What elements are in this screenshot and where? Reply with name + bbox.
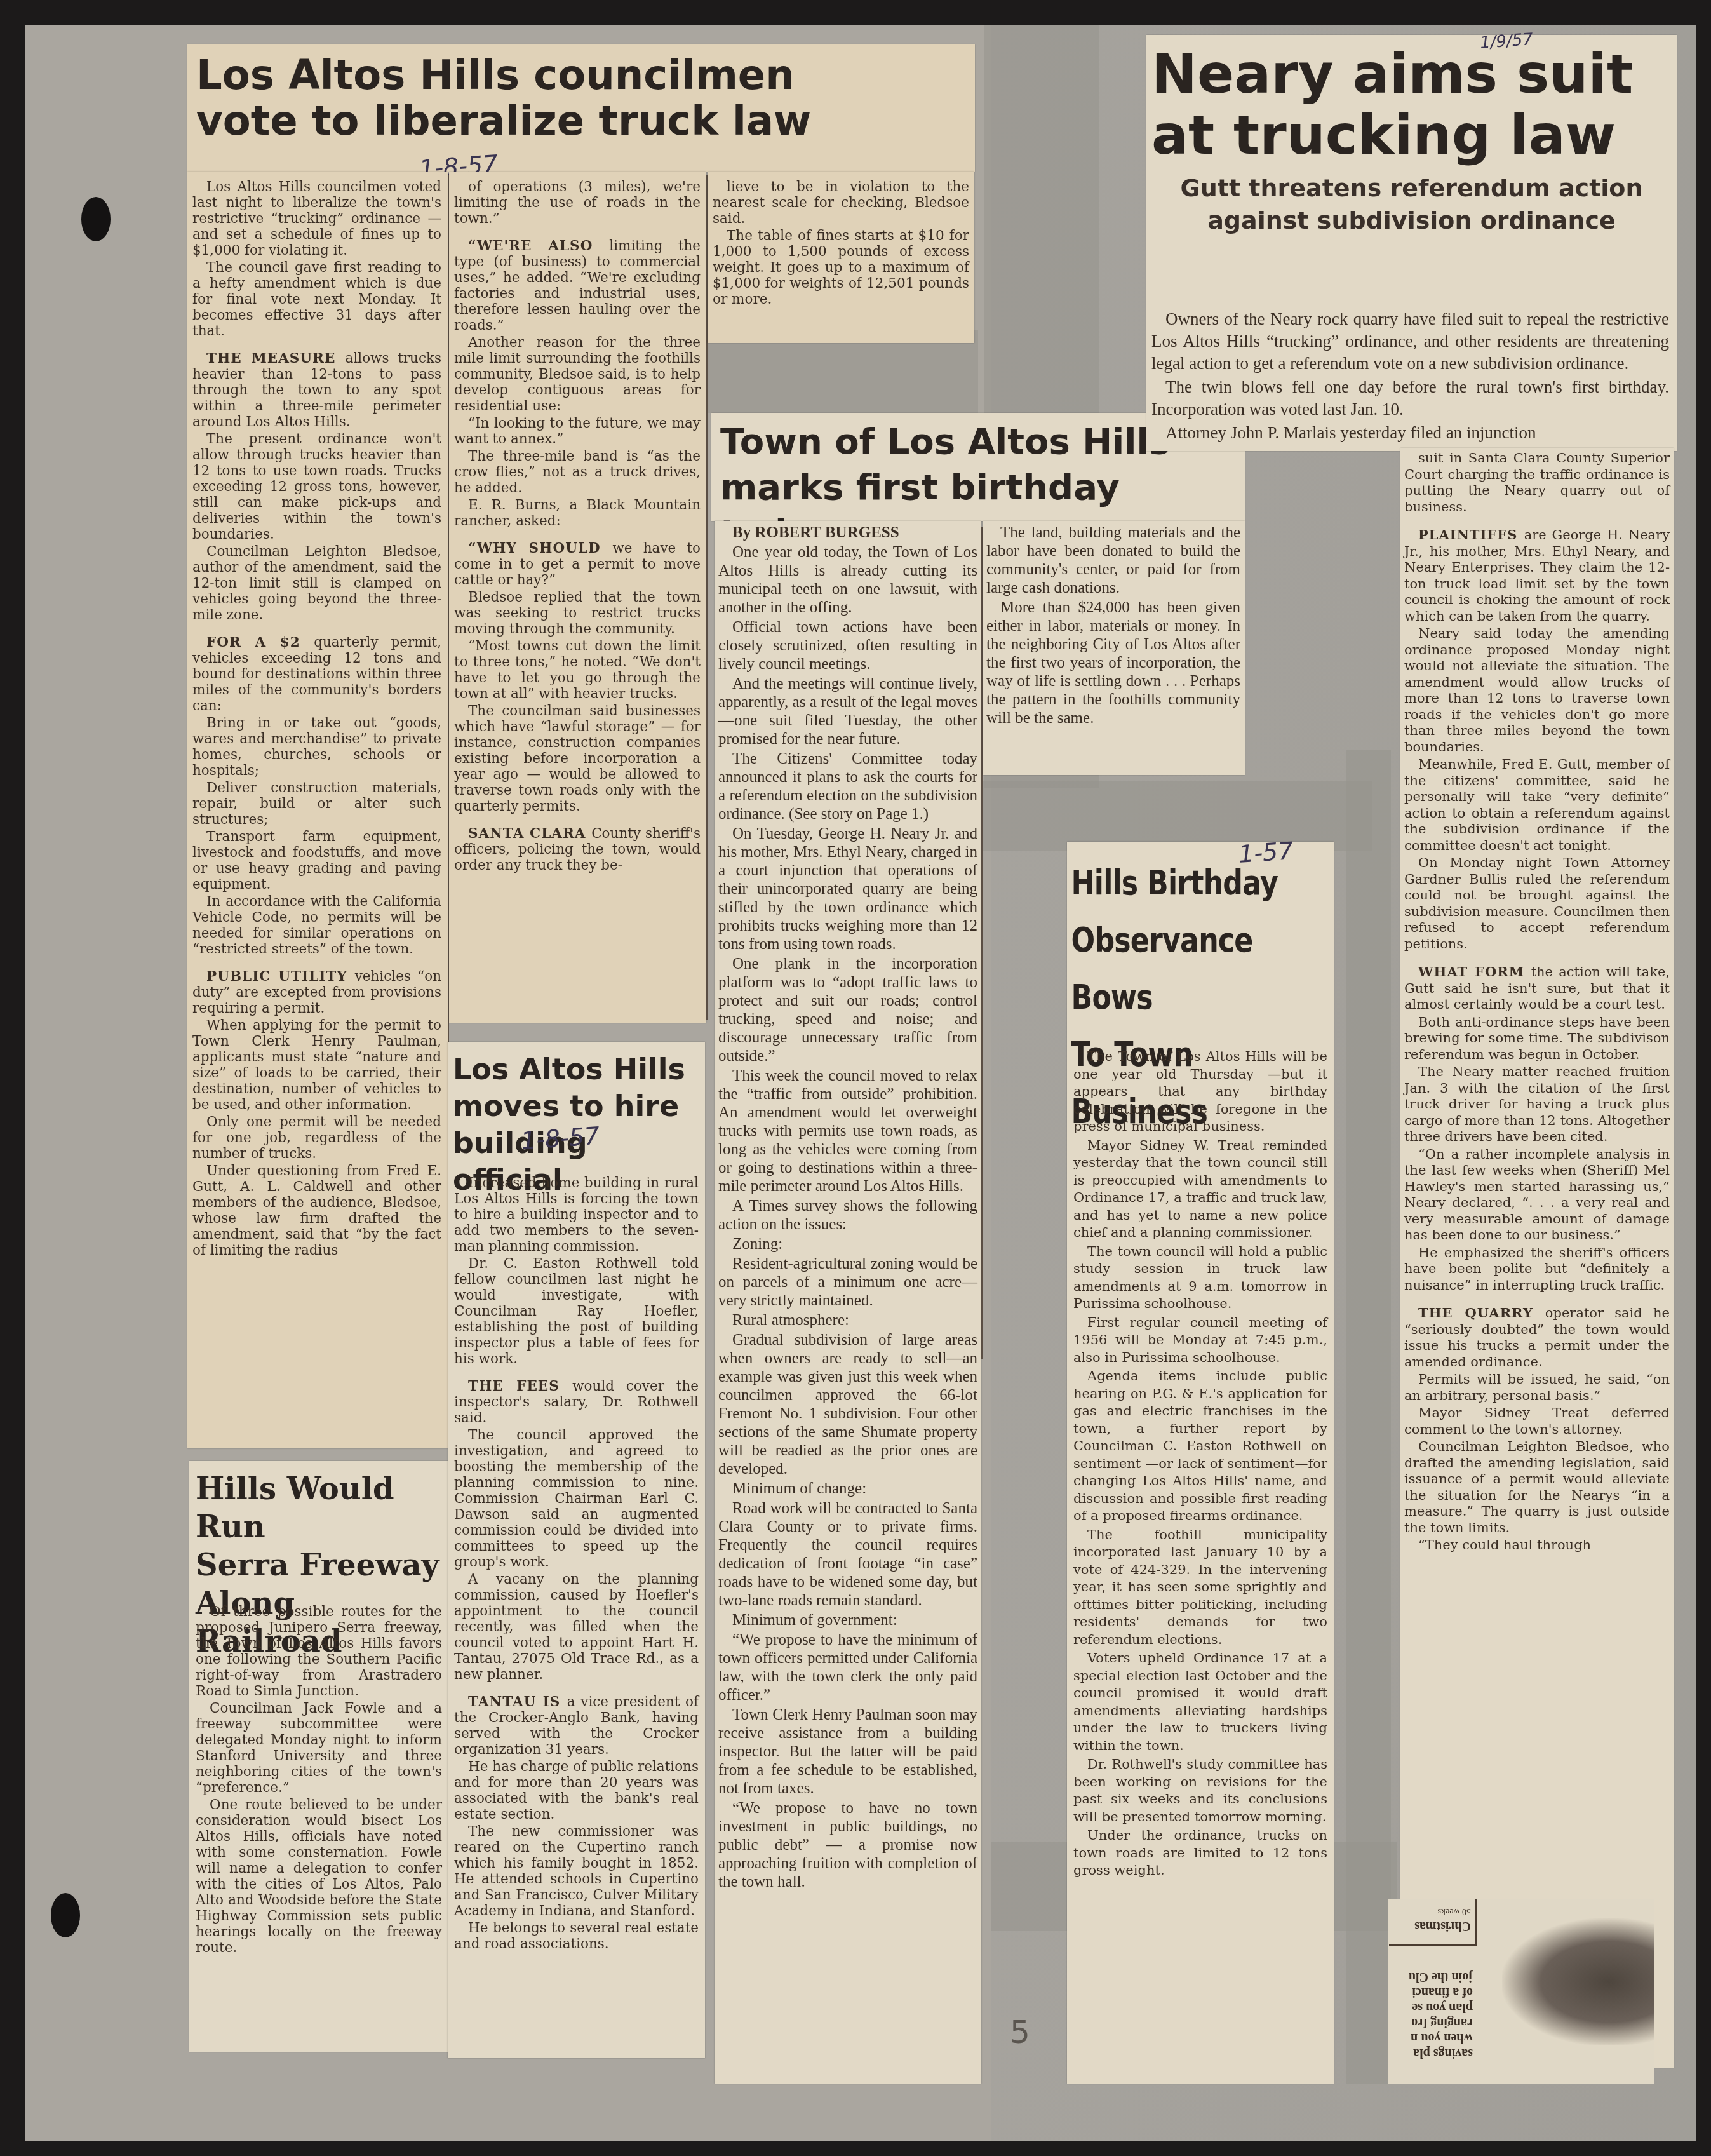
paragraph: Meanwhile, Fred E. Gutt, member of the c… — [1404, 757, 1670, 854]
paragraph: He has charge of public relations and fo… — [454, 1759, 699, 1822]
article-column: By ROBERT BURGESSOne year old today, the… — [718, 523, 977, 1892]
headline: Los Altos Hills councilmen vote to liber… — [187, 44, 975, 144]
article-truck-law-col3: lieve to be in violation to the nearest … — [708, 172, 974, 343]
paragraph: THE QUARRY operator said he “seriously d… — [1404, 1305, 1670, 1370]
paragraph: Bledsoe replied that the town was seekin… — [454, 590, 701, 637]
paragraph: FOR A $2 quarterly permit, vehicles exce… — [192, 635, 441, 714]
paragraph: Transport farm equipment, livestock and … — [192, 829, 441, 893]
article-truck-law-col2: of operations (3 miles), we're limiting … — [449, 172, 706, 1023]
paragraph: “WE'RE ALSO limiting the type (of busine… — [454, 238, 701, 334]
headline-line: at trucking law — [1151, 105, 1668, 166]
paragraph: The council approved the investigation, … — [454, 1427, 699, 1570]
paragraph: Only one permit will be needed for one j… — [192, 1114, 441, 1162]
paragraph-lead: FOR A $2 — [206, 635, 314, 650]
article-building-official: Los Altos Hills moves to hire building o… — [448, 1042, 705, 2058]
paragraph: The land, building materials and the lab… — [986, 523, 1240, 597]
paragraph: The twin blows fell one day before the r… — [1151, 376, 1669, 421]
paragraph: Another reason for the three mile limit … — [454, 335, 701, 414]
article-truck-law-col1: Los Altos Hills councilmen voted last ni… — [187, 172, 448, 1448]
paragraph: Permits will be issued, he said, “on an … — [1404, 1371, 1670, 1404]
headline-line: Serra Freeway — [196, 1546, 442, 1584]
paragraph: Town Clerk Henry Paulman soon may receiv… — [718, 1706, 977, 1798]
article-column: Los Altos Hills councilmen voted last ni… — [192, 179, 441, 1260]
ad-line: join the Clu — [1390, 1969, 1473, 1984]
headline-line: Los Altos Hills — [453, 1051, 700, 1088]
paragraph: Under questioning from Fred E. Gutt, A. … — [192, 1163, 441, 1258]
paragraph: One plank in the incorporation platform … — [718, 955, 977, 1065]
headline-line: Hills Would Run — [196, 1470, 442, 1546]
article-truck-law-header: Los Altos Hills councilmen vote to liber… — [187, 44, 975, 172]
article-column: of operations (3 miles), we're limiting … — [454, 179, 701, 875]
paragraph: The new commissioner was reared on the C… — [454, 1824, 699, 1919]
paragraph-lead: PLAINTIFFS — [1418, 527, 1524, 542]
headline-line: vote to liberalize truck law — [196, 99, 966, 145]
paragraph: “Most towns cut down the limit to three … — [454, 638, 701, 702]
headline-line: Observance Bows — [1071, 912, 1281, 1026]
paragraph: Councilman Leighton Bledsoe, who drafted… — [1404, 1439, 1670, 1536]
article-body: Increased home building in rural Los Alt… — [454, 1175, 699, 1953]
paragraph: Attorney John P. Marlais yesterday filed… — [1151, 422, 1669, 444]
ad-line: when you n — [1390, 2030, 1473, 2045]
article-column: lieve to be in violation to the nearest … — [713, 179, 969, 309]
paragraph: “On a rather incomplete analysis in the … — [1404, 1147, 1670, 1244]
paragraph: THE MEASURE allows trucks heavier than 1… — [192, 351, 441, 430]
paragraph: He emphasized the sheriff's officers hav… — [1404, 1245, 1670, 1294]
paragraph: PLAINTIFFS are George H. Neary Jr., his … — [1404, 527, 1670, 624]
paragraph: One year old today, the Town of Los Alto… — [718, 543, 977, 617]
paragraph: Bring in or take out “goods, wares and m… — [192, 715, 441, 779]
paragraph: Mayor Sidney Treat deferred comment to t… — [1404, 1405, 1670, 1438]
paragraph: This week the council moved to relax the… — [718, 1067, 977, 1196]
handwritten-date: 1-57 — [1238, 837, 1294, 868]
paragraph: “WHY SHOULD we have to come in to get a … — [454, 541, 701, 588]
ad-lines: savings plawhen you nranging froplan you… — [1390, 1969, 1473, 2061]
paragraph-lead: THE MEASURE — [206, 351, 346, 367]
paragraph: Road work will be contracted to Santa Cl… — [718, 1499, 977, 1610]
ad-line: savings pla — [1390, 2045, 1473, 2061]
paragraph: Resident-agricultural zoning would be on… — [718, 1255, 977, 1310]
byline: By ROBERT BURGESS — [718, 523, 977, 542]
paragraph: The town council will hold a public stud… — [1073, 1243, 1327, 1313]
paragraph: A vacany on the planning commission, cau… — [454, 1572, 699, 1683]
paragraph: THE FEES would cover the inspector's sal… — [454, 1378, 699, 1426]
paragraph: Deliver construction materials, repair, … — [192, 780, 441, 828]
reverse-ad-fragment: Christmas 50 weeks savings plawhen you n… — [1388, 1899, 1654, 2084]
paragraph: Zoning: — [718, 1235, 977, 1253]
subheadline: Gutt threatens referendum action against… — [1146, 172, 1677, 238]
article-first-birthday-col1: By ROBERT BURGESSOne year old today, the… — [715, 521, 981, 2084]
paragraph: Agenda items include public hearing on P… — [1073, 1368, 1327, 1525]
headline-line: moves to hire — [453, 1088, 700, 1124]
article-first-birthday-col2: The land, building materials and the lab… — [983, 521, 1245, 775]
paragraph: Councilman Jack Fowle and a freeway subc… — [196, 1701, 442, 1796]
headline-line: Neary aims suit — [1151, 44, 1668, 105]
paragraph: Under the ordinance, trucks on town road… — [1073, 1827, 1327, 1880]
paragraph: More than $24,000 has been given either … — [986, 598, 1240, 727]
paragraph: Councilman Leighton Bledsoe, author of t… — [192, 544, 441, 623]
paragraph: And the meetings will continue lively, a… — [718, 675, 977, 748]
paragraph: of operations (3 miles), we're limiting … — [454, 179, 701, 227]
paragraph: “We propose to have the minimum of town … — [718, 1631, 977, 1704]
paragraph: Minimum of change: — [718, 1479, 977, 1498]
paragraph: One route believed to be under considera… — [196, 1797, 442, 1956]
ad-box: Christmas 50 weeks — [1389, 1899, 1477, 1946]
paragraph: TANTAU IS a vice president of the Crocke… — [454, 1694, 699, 1758]
paragraph: Minimum of government: — [718, 1611, 977, 1629]
paragraph: The council gave first reading to a heft… — [192, 260, 441, 339]
paragraph: Neary said today the amending ordinance … — [1404, 626, 1670, 755]
paragraph: Of three possible routes for the propose… — [196, 1604, 442, 1699]
subheadline-line: against subdivision ordinance — [1146, 205, 1677, 237]
paragraph-lead: PUBLIC UTILITY — [206, 969, 355, 985]
paragraph: He belongs to several real estate and ro… — [454, 1920, 699, 1952]
headline: Neary aims suit at trucking law — [1146, 35, 1677, 166]
ad-box-text: Christmas 50 weeks — [1389, 1899, 1475, 1937]
binder-hole-top — [81, 197, 111, 241]
handwritten-date: 1-8-57 — [520, 1122, 601, 1155]
paragraph: Dr. Rothwell's study committee has been … — [1073, 1756, 1327, 1826]
paragraph-lead: THE QUARRY — [1418, 1305, 1545, 1321]
paragraph: On Monday night Town Attorney Gardner Bu… — [1404, 855, 1670, 952]
paragraph-lead: WHAT FORM — [1418, 964, 1531, 980]
tape-strip — [978, 781, 1372, 851]
ad-box-small: 50 weeks — [1393, 1903, 1471, 1918]
paragraph: Dr. C. Easton Rothwell told fellow counc… — [454, 1256, 699, 1367]
handwritten-date: 1/9/57 — [1479, 30, 1534, 53]
article-body: Of three possible routes for the propose… — [196, 1604, 442, 1957]
article-body: The Town of Los Altos Hills will be one … — [1073, 1048, 1327, 1881]
article-hills-birthday: Hills Birthday Observance Bows To Town B… — [1067, 842, 1334, 2084]
paragraph: Voters upheld Ordinance 17 at a special … — [1073, 1650, 1327, 1755]
paragraph: Official town actions have been closely … — [718, 618, 977, 673]
paragraph: suit in Santa Clara County Superior Cour… — [1404, 450, 1670, 515]
paragraph: The table of fines starts at $10 for 1,0… — [713, 228, 969, 307]
binder-hole-bottom — [51, 1893, 80, 1937]
article-neary-suit-col: suit in Santa Clara County Superior Cour… — [1400, 448, 1674, 2068]
paragraph: The three-mile band is “as the crow flie… — [454, 448, 701, 496]
paragraph: The Citizens' Committee today announced … — [718, 750, 977, 823]
paragraph: “In looking to the future, we may want t… — [454, 415, 701, 447]
ad-box-label: Christmas — [1393, 1918, 1471, 1934]
paragraph: Owners of the Neary rock quarry have fil… — [1151, 308, 1669, 375]
ad-line: of a financi — [1390, 1984, 1473, 2000]
article-column: The land, building materials and the lab… — [986, 523, 1240, 729]
paragraph-lead: SANTA CLARA — [468, 826, 591, 842]
paragraph-lead: “WE'RE ALSO — [468, 238, 609, 254]
paragraph-lead: TANTAU IS — [468, 1694, 567, 1710]
article-column: suit in Santa Clara County Superior Cour… — [1404, 450, 1670, 1555]
paragraph: On Tuesday, George H. Neary Jr. and his … — [718, 825, 977, 953]
paragraph: Mayor Sidney W. Treat reminded yesterday… — [1073, 1137, 1327, 1242]
page-marker: 5 — [1010, 2014, 1030, 2051]
paragraph: lieve to be in violation to the nearest … — [713, 179, 969, 227]
paragraph: “They could haul through — [1404, 1537, 1670, 1554]
paragraph: E. R. Burns, a Black Mountain rancher, a… — [454, 497, 701, 529]
paragraph: Both anti-ordinance steps have been brew… — [1404, 1014, 1670, 1063]
article-freeway: Hills Would Run Serra Freeway Along Rail… — [189, 1461, 448, 2052]
paragraph: WHAT FORM the action will take, Gutt sai… — [1404, 964, 1670, 1013]
paragraph: First regular council meeting of 1956 wi… — [1073, 1314, 1327, 1367]
paragraph: The foothill municipality incorporated l… — [1073, 1526, 1327, 1649]
ad-line: ranging fro — [1390, 2015, 1473, 2030]
paragraph: Gradual subdivision of large areas when … — [718, 1331, 977, 1478]
article-lead: Owners of the Neary rock quarry have fil… — [1151, 308, 1669, 445]
paragraph: In accordance with the California Vehicl… — [192, 894, 441, 957]
article-neary-suit-header: Neary aims suit at trucking law Gutt thr… — [1146, 35, 1677, 451]
subheadline-line: Gutt threatens referendum action — [1146, 172, 1677, 205]
paragraph: Rural atmosphere: — [718, 1311, 977, 1330]
headline-line: Los Altos Hills councilmen — [196, 53, 966, 99]
paragraph-lead: “WHY SHOULD — [468, 541, 612, 556]
paragraph: PUBLIC UTILITY vehicles “on duty” are ex… — [192, 969, 441, 1016]
paragraph: The present ordinance won't allow throug… — [192, 431, 441, 542]
paragraph: A Times survey shows the following actio… — [718, 1197, 977, 1234]
paragraph: SANTA CLARA County sheriff's officers, p… — [454, 826, 701, 873]
paragraph: “We propose to have no town investment i… — [718, 1799, 977, 1891]
paragraph: When applying for the permit to Town Cle… — [192, 1018, 441, 1113]
paragraph-lead: THE FEES — [468, 1378, 572, 1394]
paragraph: The Town of Los Altos Hills will be one … — [1073, 1048, 1327, 1136]
paragraph: The Neary matter reached fruition Jan. 3… — [1404, 1064, 1670, 1145]
ad-illustration — [1502, 1918, 1654, 2045]
paragraph: Los Altos Hills councilmen voted last ni… — [192, 179, 441, 259]
paragraph: Increased home building in rural Los Alt… — [454, 1175, 699, 1255]
ad-line: plan you se — [1390, 2000, 1473, 2015]
paragraph: The councilman said businesses which hav… — [454, 703, 701, 814]
